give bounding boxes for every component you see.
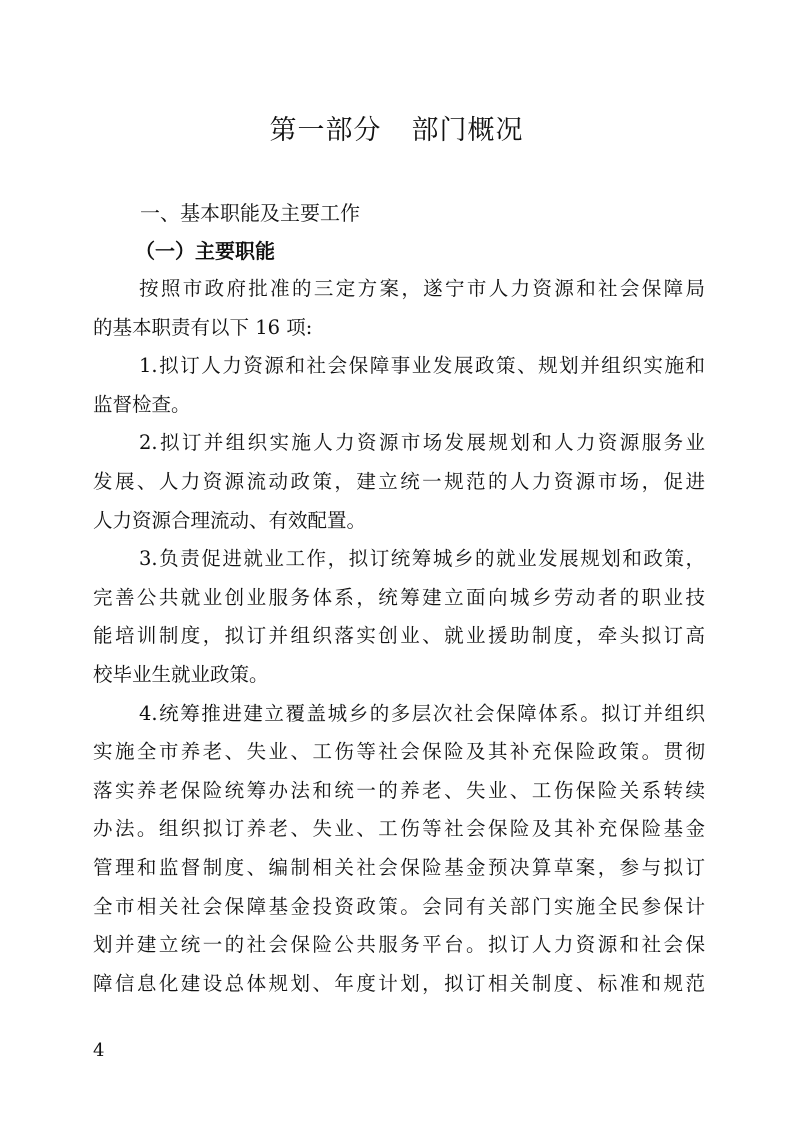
paragraph-line: 校毕业生就业政策。: [93, 656, 705, 695]
title-part-2: 部门概况: [412, 115, 524, 146]
paragraph-line: 按照市政府批准的三定方案，遂宁市人力资源和社会保障局: [93, 270, 705, 309]
paragraph-line: 划并建立统一的社会保险公共服务平台。拟订人力资源和社会保: [93, 926, 705, 965]
page-number: 4: [93, 1040, 104, 1061]
document-page: 第一部分部门概况 一、基本职能及主要工作 （一）主要职能 按照市政府批准的三定方…: [0, 0, 793, 1122]
paragraph-line: 3.负责促进就业工作，拟订统筹城乡的就业发展规划和政策，: [93, 540, 705, 579]
paragraph-line: 办法。组织拟订养老、失业、工伤等社会保险及其补充保险基金: [93, 810, 705, 849]
section-heading: 一、基本职能及主要工作: [140, 197, 360, 226]
paragraph-line: 1.拟订人力资源和社会保障事业发展政策、规划并组织实施和: [93, 347, 705, 386]
paragraph-line: 全市相关社会保障基金投资政策。会同有关部门实施全民参保计: [93, 888, 705, 927]
paragraph-line: 监督检查。: [93, 386, 705, 425]
subsection-heading: （一）主要职能: [135, 235, 275, 264]
paragraph-line: 障信息化建设总体规划、年度计划，拟订相关制度、标准和规范: [93, 965, 705, 1004]
paragraph-line: 实施全市养老、失业、工伤等社会保险及其补充保险政策。贯彻: [93, 733, 705, 772]
paragraph-line: 落实养老保险统筹办法和统一的养老、失业、工伤保险关系转续: [93, 772, 705, 811]
paragraph-line: 能培训制度，拟订并组织落实创业、就业援助制度，牵头拟订高: [93, 617, 705, 656]
body-text: 按照市政府批准的三定方案，遂宁市人力资源和社会保障局 的基本职责有以下 16 项…: [93, 270, 705, 1003]
paragraph-line: 4.统筹推进建立覆盖城乡的多层次社会保障体系。拟订并组织: [93, 695, 705, 734]
page-title: 第一部分部门概况: [0, 108, 793, 147]
paragraph-line: 发展、人力资源流动政策，建立统一规范的人力资源市场，促进: [93, 463, 705, 502]
paragraph-line: 2.拟订并组织实施人力资源市场发展规划和人力资源服务业: [93, 424, 705, 463]
paragraph-line: 的基本职责有以下 16 项:: [93, 309, 705, 348]
paragraph-line: 管理和监督制度、编制相关社会保险基金预决算草案，参与拟订: [93, 849, 705, 888]
title-part-1: 第一部分: [270, 115, 382, 146]
paragraph-line: 完善公共就业创业服务体系，统筹建立面向城乡劳动者的职业技: [93, 579, 705, 618]
paragraph-line: 人力资源合理流动、有效配置。: [93, 502, 705, 541]
